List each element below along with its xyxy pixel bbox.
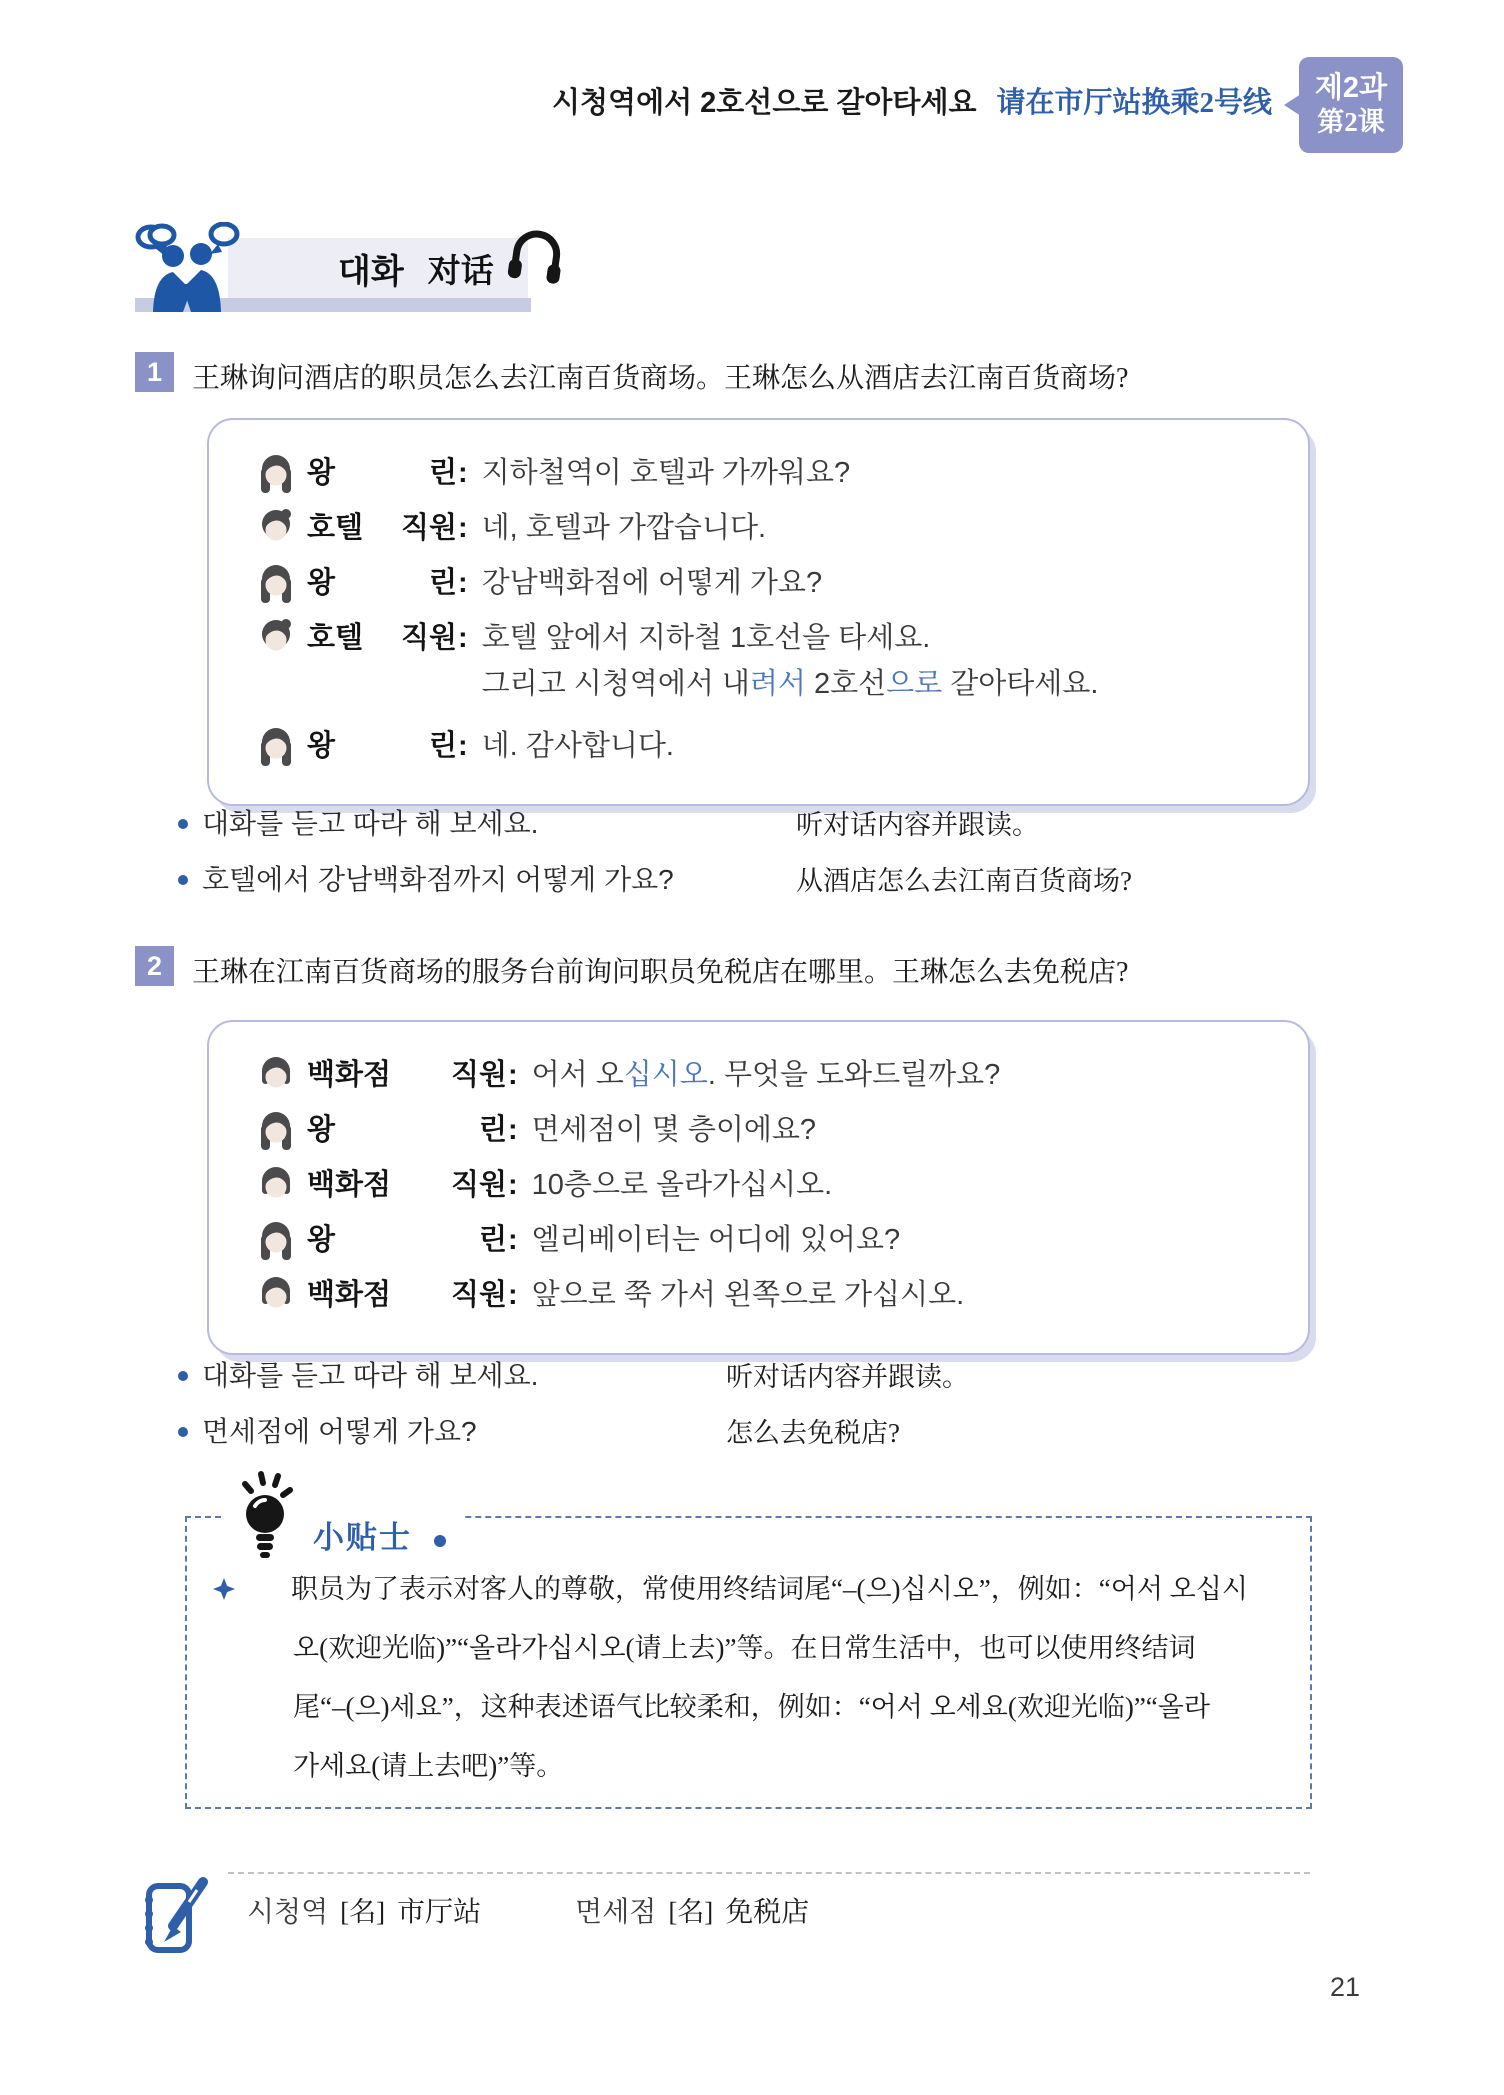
speaker-name: 호텔 직원 (307, 615, 457, 661)
woman-short-hair-avatar-icon (257, 1164, 295, 1206)
dialog-text-segment: 어서 오 (532, 1059, 624, 1091)
dialog-text-segment: 려서 (750, 668, 806, 700)
bullet-dot (178, 1427, 188, 1437)
practice-bullet: 면세점에 어떻게 가요?怎么去免税店? (178, 1412, 1318, 1468)
page-number: 21 (1330, 1972, 1360, 2003)
dialog-text-segment: 강남백화점에 어떻게 가요? (482, 567, 822, 599)
people-talking-icon (131, 222, 243, 319)
dialog-text-segment: 그리고 시청역에서 내 (482, 668, 750, 700)
dialog-text-segment: 갈아타세요. (942, 668, 1098, 700)
dialog-line: 네, 호텔과 가깝습니다. (482, 505, 1272, 551)
speaker-colon: : (508, 1217, 518, 1263)
speaker-name: 호텔 직원 (307, 505, 457, 551)
tip-line: 가세요(请上去吧)”等。 (253, 1737, 1274, 1796)
vocab-chinese: 免税店 (725, 1890, 809, 1930)
dialog-text-segment: 2호선 (806, 668, 886, 700)
lesson-title-chinese: 请在市厅站换乘2号线 (996, 80, 1272, 121)
tip-leader-dot (434, 1535, 446, 1547)
dialog-text-segment: 지하철역이 호텔과 가까워요? (482, 457, 850, 489)
tip-box: 小贴士 职员为了表示对客人的尊敬，常使用终结词尾“–(으)십시오”，例如：“어서… (185, 1516, 1312, 1809)
woman-updo-avatar-icon (257, 507, 295, 549)
speaker-name: 왕 린 (307, 450, 457, 496)
speaker-name: 왕 린 (307, 1217, 507, 1263)
vocab-pos-tag: [名] (340, 1890, 385, 1929)
woman-long-hair-avatar-icon (257, 452, 295, 494)
bullet-chinese: 听对话内容并跟读。 (726, 1357, 969, 1397)
bullet-chinese: 听对话内容并跟读。 (796, 805, 1039, 845)
speaker-colon: : (458, 723, 468, 769)
dialog-text-segment: 네. 감사합니다. (482, 730, 674, 762)
woman-short-hair-avatar-icon (257, 1054, 295, 1096)
dialog-row: 백화점 직원:앞으로 쭉 가서 왼쪽으로 가십시오. (257, 1272, 1272, 1318)
speaker-colon: : (458, 450, 468, 496)
lesson-title-korean: 시청역에서 2호선으로 갈아타세요 (552, 80, 976, 121)
dialog-line: 지하철역이 호텔과 가까워요? (482, 450, 1272, 496)
vocab-item: 시청역[名]市厅站 (247, 1890, 481, 1930)
vocab-row: 시청역[名]市厅站면세점[名]免税店 (247, 1890, 809, 1930)
vocab-korean: 면세점 (575, 1890, 656, 1930)
speaker-colon: : (508, 1107, 518, 1153)
speaker-name: 왕 린 (307, 1107, 507, 1153)
dialog-row: 왕 린:엘리베이터는 어디에 있어요? (257, 1217, 1272, 1263)
speaker-colon: : (508, 1052, 518, 1098)
dialog-text-segment: 으로 (886, 668, 942, 700)
bullet-korean: 대화를 듣고 따라 해 보세요. (202, 804, 538, 844)
section-intro: 王琳询问酒店的职员怎么去江南百货商场。王琳怎么从酒店去江南百货商场? (192, 356, 1128, 396)
lesson-header: 시청역에서 2호선으로 갈아타세요 请在市厅站换乘2号线 (552, 80, 1272, 121)
bullet-korean: 면세점에 어떻게 가요? (202, 1412, 477, 1452)
dialog-line: 네. 감사합니다. (482, 723, 1272, 769)
woman-short-hair-avatar-icon (257, 1274, 295, 1316)
bullet-dot (178, 1371, 188, 1381)
dialog-lines: 강남백화점에 어떻게 가요? (482, 560, 1272, 606)
dialog-row: 호텔 직원:호텔 앞에서 지하철 1호선을 타세요.그리고 시청역에서 내려서 … (257, 615, 1272, 707)
dialog-lines: 네, 호텔과 가깝습니다. (482, 505, 1272, 551)
dialog-text-segment: 면세점이 몇 층이에요? (532, 1114, 816, 1146)
lightbulb-icon (233, 1468, 299, 1565)
speaker-name: 백화점 직원 (307, 1272, 507, 1318)
dialog-line: 그리고 시청역에서 내려서 2호선으로 갈아타세요. (482, 661, 1272, 707)
dialog-lines: 어서 오십시오. 무엇을 도와드릴까요? (532, 1052, 1272, 1098)
bullet-chinese: 怎么去免税店? (726, 1413, 900, 1453)
dialog-line: 호텔 앞에서 지하철 1호선을 타세요. (482, 615, 1272, 661)
dialog-row: 호텔 직원:네, 호텔과 가깝습니다. (257, 505, 1272, 551)
four-point-star-icon (253, 1562, 275, 1584)
bullet-korean: 대화를 듣고 따라 해 보세요. (202, 1356, 538, 1396)
practice-bullet: 대화를 듣고 따라 해 보세요.听对话内容并跟读。 (178, 804, 1318, 860)
dialog-text-segment: 10층으로 올라가십시오. (532, 1169, 833, 1201)
vocab-pos-tag: [名] (668, 1890, 713, 1929)
dialog-box: 왕 린:지하철역이 호텔과 가까워요? 호텔 직원:네, 호텔과 가깝습니다. … (207, 418, 1310, 806)
banner-title-box: 대화 对话 (228, 238, 528, 298)
dialog-lines: 네. 감사합니다. (482, 723, 1272, 769)
dialog-lines: 엘리베이터는 어디에 있어요? (532, 1217, 1272, 1263)
tip-line: 오(欢迎光临)”“올라가십시오(请上去)”等。在日常生活中，也可以使用终结词 (253, 1619, 1274, 1678)
dialog-row: 왕 린:면세점이 몇 층이에요? (257, 1107, 1272, 1153)
woman-long-hair-avatar-icon (257, 725, 295, 767)
speaker-colon: : (458, 615, 468, 661)
woman-long-hair-avatar-icon (257, 1109, 295, 1151)
vocab-divider (228, 1872, 1310, 1874)
dialog-line: 10층으로 올라가십시오. (532, 1162, 1272, 1208)
notepad-pen-icon (137, 1876, 213, 1967)
banner-title-korean: 대화 (338, 244, 404, 293)
dialog-line: 앞으로 쭉 가서 왼쪽으로 가십시오. (532, 1272, 1272, 1318)
speaker-colon: : (458, 505, 468, 551)
speaker-colon: : (508, 1162, 518, 1208)
dialog-row: 왕 린:지하철역이 호텔과 가까워요? (257, 450, 1272, 496)
badge-notch (1284, 94, 1301, 116)
speaker-name: 백화점 직원 (307, 1052, 507, 1098)
bullet-dot (178, 875, 188, 885)
tip-line: 职员为了表示对客人的尊敬，常使用终结词尾“–(으)십시오”，例如：“어서 오십시 (253, 1560, 1274, 1619)
dialog-row: 왕 린:네. 감사합니다. (257, 723, 1272, 769)
dialog-row: 백화점 직원:어서 오십시오. 무엇을 도와드릴까요? (257, 1052, 1272, 1098)
badge-line-chinese: 第2课 (1317, 106, 1385, 140)
bullet-chinese: 从酒店怎么去江南百货商场? (796, 861, 1132, 901)
badge-line-korean: 제2과 (1315, 70, 1387, 106)
tip-header: 小贴士 (223, 1468, 462, 1565)
practice-bullet-list: 대화를 듣고 따라 해 보세요.听对话内容并跟读。면세점에 어떻게 가요?怎么去… (178, 1356, 1318, 1468)
woman-long-hair-avatar-icon (257, 1219, 295, 1261)
vocab-item: 면세점[名]免税店 (575, 1890, 809, 1930)
speaker-name: 백화점 직원 (307, 1162, 507, 1208)
woman-long-hair-avatar-icon (257, 562, 295, 604)
bullet-korean: 호텔에서 강남백화점까지 어떻게 가요? (202, 860, 674, 900)
section-intro: 王琳在江南百货商场的服务台前询问职员免税店在哪里。王琳怎么去免税店? (192, 950, 1128, 990)
dialog-text-segment: 엘리베이터는 어디에 있어요? (532, 1224, 900, 1256)
bullet-dot (178, 819, 188, 829)
dialog-lines: 면세점이 몇 층이에요? (532, 1107, 1272, 1153)
dialog-line: 면세점이 몇 층이에요? (532, 1107, 1272, 1153)
speaker-colon: : (458, 560, 468, 606)
headphones-icon (502, 220, 569, 296)
speaker-colon: : (508, 1272, 518, 1318)
dialog-text-segment: 십시오 (624, 1059, 708, 1091)
dialog-text-segment: 앞으로 쭉 가서 왼쪽으로 가십시오. (532, 1279, 964, 1311)
vocab-chinese: 市厅站 (397, 1890, 481, 1930)
section-number-badge: 1 (135, 352, 174, 392)
speaker-name: 왕 린 (307, 723, 457, 769)
dialog-lines: 앞으로 쭉 가서 왼쪽으로 가십시오. (532, 1272, 1272, 1318)
banner-title-chinese: 对话 (428, 245, 494, 292)
dialog-text-segment: . 무엇을 도와드릴까요? (708, 1059, 1000, 1091)
dialog-section-banner: 대화 对话 (135, 236, 555, 316)
dialog-lines: 10층으로 올라가십시오. (532, 1162, 1272, 1208)
dialog-line: 엘리베이터는 어디에 있어요? (532, 1217, 1272, 1263)
dialog-row: 왕 린:강남백화점에 어떻게 가요? (257, 560, 1272, 606)
lesson-number-badge: 제2과 第2课 (1299, 57, 1403, 153)
woman-updo-avatar-icon (257, 617, 295, 659)
practice-bullet-list: 대화를 듣고 따라 해 보세요.听对话内容并跟读。호텔에서 강남백화점까지 어떻… (178, 804, 1318, 916)
dialog-text-segment: 네, 호텔과 가깝습니다. (482, 512, 766, 544)
tip-title: 小贴士 (313, 1512, 412, 1557)
textbook-page: 시청역에서 2호선으로 갈아타세요 请在市厅站换乘2号线 제2과 第2课 대화 … (0, 0, 1504, 2095)
practice-bullet: 대화를 듣고 따라 해 보세요.听对话内容并跟读。 (178, 1356, 1318, 1412)
dialog-text-segment: 호텔 앞에서 지하철 1호선을 타세요. (482, 622, 931, 654)
dialog-lines: 호텔 앞에서 지하철 1호선을 타세요.그리고 시청역에서 내려서 2호선으로 … (482, 615, 1272, 707)
dialog-row: 백화점 직원:10층으로 올라가십시오. (257, 1162, 1272, 1208)
tip-line: 尾“–(으)세요”，这种表述语气比较柔和，例如：“어서 오세요(欢迎光临)”“올… (253, 1678, 1274, 1737)
vocab-korean: 시청역 (247, 1890, 328, 1930)
dialog-box: 백화점 직원:어서 오십시오. 무엇을 도와드릴까요? 왕 린:면세점이 몇 층… (207, 1020, 1310, 1355)
dialog-line: 강남백화점에 어떻게 가요? (482, 560, 1272, 606)
practice-bullet: 호텔에서 강남백화점까지 어떻게 가요?从酒店怎么去江南百货商场? (178, 860, 1318, 916)
dialog-line: 어서 오십시오. 무엇을 도와드릴까요? (532, 1052, 1272, 1098)
section-number-badge: 2 (135, 946, 174, 986)
speaker-name: 왕 린 (307, 560, 457, 606)
dialog-lines: 지하철역이 호텔과 가까워요? (482, 450, 1272, 496)
